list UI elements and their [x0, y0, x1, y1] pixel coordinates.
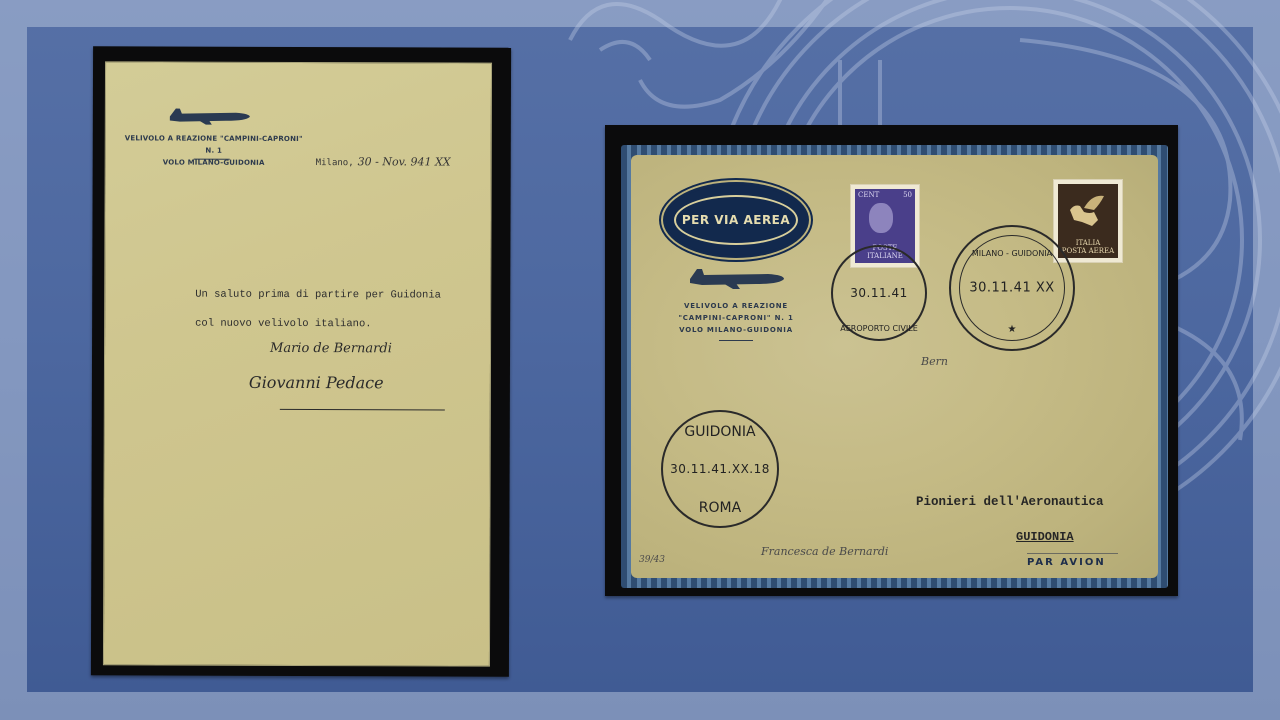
letterhead: VELIVOLO A REAZIONE "CAMPINI-CAPRONI" N.…	[124, 132, 304, 169]
signature: Giovanni Pedace	[249, 373, 384, 392]
signature-underline	[280, 409, 445, 411]
postmark-guidonia: GUIDONIA 30.11.41.XX.18 ROMA	[661, 410, 779, 528]
postmark-date: 30.11.41	[833, 286, 925, 300]
airplane-icon	[166, 105, 252, 127]
addressee: Pionieri dell'Aeronautica	[916, 495, 1104, 509]
letterhead-rule	[194, 159, 230, 160]
letterhead-line: VELIVOLO A REAZIONE	[666, 300, 806, 312]
letter-paper: VELIVOLO A REAZIONE "CAMPINI-CAPRONI" N.…	[103, 61, 492, 666]
letterhead-line: "CAMPINI-CAPRONI" N. 1	[666, 312, 806, 324]
postmark-aeroporto: 30.11.41 AEROPORTO CIVILE	[831, 245, 927, 341]
letterhead-line: VELIVOLO A REAZIONE "CAMPINI-CAPRONI" N.…	[124, 132, 304, 157]
letterhead-line: VOLO MILANO-GUIDONIA	[666, 324, 806, 336]
envelope-border: PER VIA AEREA VELIVOLO A REAZIONE "CAMPI…	[621, 145, 1168, 588]
par-avion-label: PAR AVION	[1027, 553, 1118, 568]
handwritten-initial: Bern	[921, 355, 948, 368]
slide-band-bottom	[0, 692, 1280, 720]
stamp-label: ITALIA	[1062, 239, 1114, 247]
stamp-value: 50	[903, 191, 912, 199]
airmail-label: PER VIA AEREA	[666, 185, 806, 255]
stamp-label: CENT	[858, 191, 879, 199]
framed-letter: VELIVOLO A REAZIONE "CAMPINI-CAPRONI" N.…	[91, 46, 511, 676]
letter-body-line: col nuovo velivolo italiano.	[195, 310, 441, 340]
slide-band-left	[0, 27, 27, 692]
letter-body: Un saluto prima di partire per Guidonia …	[195, 281, 441, 340]
envelope-letterhead: VELIVOLO A REAZIONE "CAMPINI-CAPRONI" N.…	[666, 300, 806, 336]
framed-envelope: PER VIA AEREA VELIVOLO A REAZIONE "CAMPI…	[605, 125, 1178, 596]
pegasus-icon	[1064, 192, 1106, 228]
envelope-paper: PER VIA AEREA VELIVOLO A REAZIONE "CAMPI…	[631, 155, 1158, 578]
postmark-milano-guidonia: MILANO - GUIDONIA 30.11.41 XX ★	[949, 225, 1075, 351]
letterhead-rule	[719, 340, 753, 341]
letter-body-line: Un saluto prima di partire per Guidonia	[195, 281, 441, 311]
king-portrait-icon	[869, 203, 893, 233]
postmark-bottom-text: ROMA	[663, 500, 777, 516]
postmark-center-text: MILANO - GUIDONIA	[951, 249, 1073, 258]
airmail-label-text: PER VIA AEREA	[674, 195, 798, 245]
handwritten-signature: Francesca de Bernardi	[761, 545, 888, 558]
edition-number: 39/43	[639, 555, 665, 565]
address-city: GUIDONIA	[1016, 530, 1074, 544]
postmark-top-text: GUIDONIA	[663, 424, 777, 440]
star-icon: ★	[951, 324, 1073, 335]
date-place: Milano,	[316, 158, 354, 168]
postmark-date: 30.11.41.XX.18	[663, 462, 777, 476]
postmark-ring-text: AEROPORTO CIVILE	[833, 324, 925, 333]
handwritten-date: 30 - Nov. 941 XX	[358, 155, 451, 168]
date-line: Milano,30 - Nov. 941 XX	[316, 155, 451, 168]
signature: Mario de Bernardi	[270, 341, 392, 356]
postmark-date: 30.11.41 XX	[951, 281, 1073, 296]
airplane-icon	[686, 265, 786, 291]
